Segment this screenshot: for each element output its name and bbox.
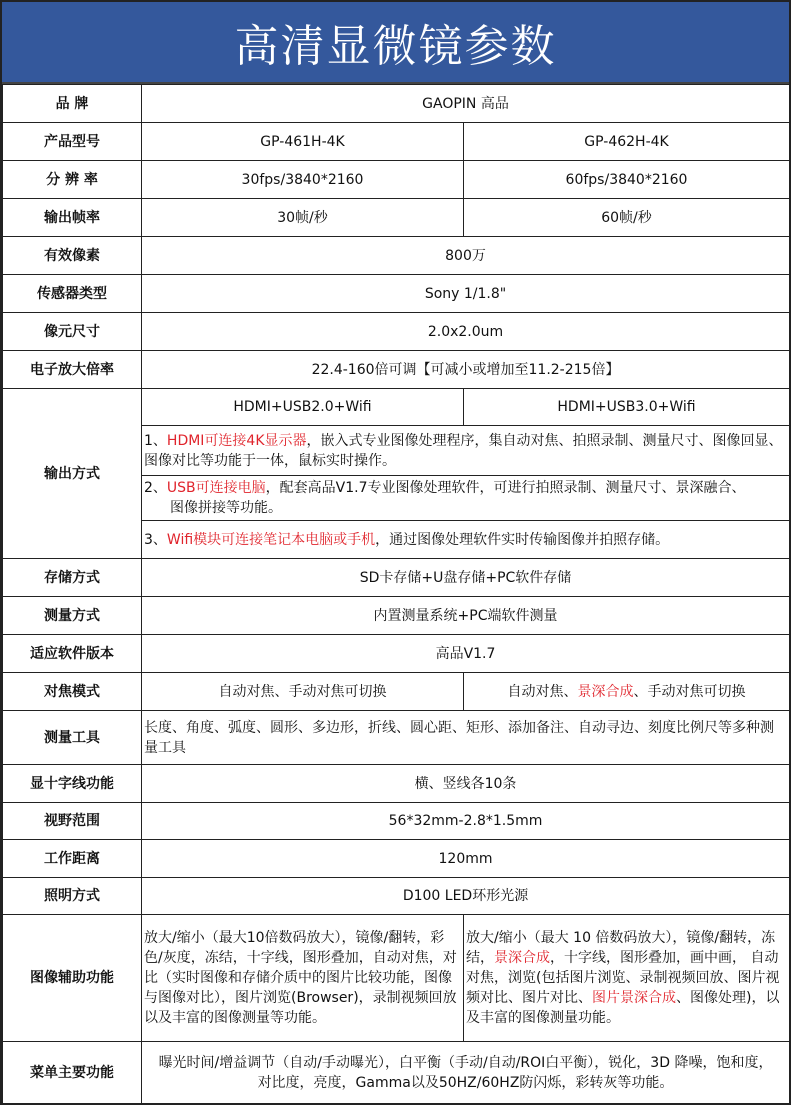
highlight-text: 景深合成 <box>578 684 634 700</box>
row-tools: 测量工具 长度、角度、弧度、圆形、多边形，折线、圆心距、矩形、添加备注、自动寻边… <box>3 711 790 765</box>
value-menu: 曝光时间/增益调节（自动/手动曝光），白平衡（手动/自动/ROI白平衡），锐化，… <box>142 1042 790 1104</box>
label-brand: 品 牌 <box>3 85 142 123</box>
label-sensor: 传感器类型 <box>3 275 142 313</box>
label-resolution: 分 辨 率 <box>3 161 142 199</box>
row-distance: 工作距离 120mm <box>3 840 790 878</box>
label-fov: 视野范围 <box>3 803 142 840</box>
value-frame-rate-461: 30帧/秒 <box>142 199 464 237</box>
value-sensor: Sony 1/1.8" <box>142 275 790 313</box>
output-note-3: 3、Wifi模块可连接笔记本电脑或手机，通过图像处理软件实时传输图像并拍照存储。 <box>142 521 790 559</box>
value-model-461: GP-461H-4K <box>142 123 464 161</box>
value-tools: 长度、角度、弧度、圆形、多边形，折线、圆心距、矩形、添加备注、自动寻边、刻度比例… <box>142 711 790 765</box>
label-crosshair: 显十字线功能 <box>3 765 142 803</box>
page-title: 高清显微镜参数 <box>235 10 557 74</box>
label-model: 产品型号 <box>3 123 142 161</box>
spec-table: 品 牌 GAOPIN 高品 产品型号 GP-461H-4K GP-462H-4K… <box>2 84 790 1104</box>
row-crosshair: 显十字线功能 横、竖线各10条 <box>3 765 790 803</box>
highlight-text: HDMI可连接4K显示器 <box>167 433 307 449</box>
value-storage: SD卡存储+U盘存储+PC软件存储 <box>142 559 790 597</box>
row-pixel-size: 像元尺寸 2.0x2.0um <box>3 313 790 351</box>
label-pixels: 有效像素 <box>3 237 142 275</box>
highlight-text: 图片景深合成 <box>592 990 676 1006</box>
row-pixels: 有效像素 800万 <box>3 237 790 275</box>
row-storage: 存储方式 SD卡存储+U盘存储+PC软件存储 <box>3 559 790 597</box>
row-output-interfaces: 输出方式 HDMI+USB2.0+Wifi HDMI+USB3.0+Wifi <box>3 389 790 426</box>
value-brand: GAOPIN 高品 <box>142 85 790 123</box>
row-aux: 图像辅助功能 放大/缩小（最大10倍数码放大），镜像/翻转，彩色/灰度，冻结，十… <box>3 915 790 1042</box>
title-banner: 高清显微镜参数 <box>2 0 789 84</box>
label-measure-mode: 测量方式 <box>3 597 142 635</box>
label-output: 输出方式 <box>3 389 142 559</box>
label-menu: 菜单主要功能 <box>3 1042 142 1104</box>
label-software: 适应软件版本 <box>3 635 142 673</box>
value-fov: 56*32mm-2.8*1.5mm <box>142 803 790 840</box>
label-aux: 图像辅助功能 <box>3 915 142 1042</box>
label-focus: 对焦模式 <box>3 673 142 711</box>
row-brand: 品 牌 GAOPIN 高品 <box>3 85 790 123</box>
label-lighting: 照明方式 <box>3 878 142 915</box>
row-resolution: 分 辨 率 30fps/3840*2160 60fps/3840*2160 <box>3 161 790 199</box>
row-zoom: 电子放大倍率 22.4-160倍可调【可减小或增加至11.2-215倍】 <box>3 351 790 389</box>
row-lighting: 照明方式 D100 LED环形光源 <box>3 878 790 915</box>
label-frame-rate: 输出帧率 <box>3 199 142 237</box>
value-resolution-461: 30fps/3840*2160 <box>142 161 464 199</box>
highlight-text: 景深合成 <box>494 950 550 966</box>
value-output-462: HDMI+USB3.0+Wifi <box>464 389 790 426</box>
value-lighting: D100 LED环形光源 <box>142 878 790 915</box>
value-pixels: 800万 <box>142 237 790 275</box>
row-menu: 菜单主要功能 曝光时间/增益调节（自动/手动曝光），白平衡（手动/自动/ROI白… <box>3 1042 790 1104</box>
label-distance: 工作距离 <box>3 840 142 878</box>
value-zoom: 22.4-160倍可调【可减小或增加至11.2-215倍】 <box>142 351 790 389</box>
row-measure-mode: 测量方式 内置测量系统+PC端软件测量 <box>3 597 790 635</box>
value-resolution-462: 60fps/3840*2160 <box>464 161 790 199</box>
value-aux-462: 放大/缩小（最大 10 倍数码放大），镜像/翻转，冻结，景深合成，十字线，图形叠… <box>464 915 790 1042</box>
label-pixel-size: 像元尺寸 <box>3 313 142 351</box>
row-software: 适应软件版本 高品V1.7 <box>3 635 790 673</box>
row-model: 产品型号 GP-461H-4K GP-462H-4K <box>3 123 790 161</box>
value-crosshair: 横、竖线各10条 <box>142 765 790 803</box>
value-measure-mode: 内置测量系统+PC端软件测量 <box>142 597 790 635</box>
label-tools: 测量工具 <box>3 711 142 765</box>
row-sensor: 传感器类型 Sony 1/1.8" <box>3 275 790 313</box>
value-output-461: HDMI+USB2.0+Wifi <box>142 389 464 426</box>
value-distance: 120mm <box>142 840 790 878</box>
output-note-1: 1、HDMI可连接4K显示器，嵌入式专业图像处理程序，集自动对焦、拍照录制、测量… <box>142 426 790 476</box>
row-frame-rate: 输出帧率 30帧/秒 60帧/秒 <box>3 199 790 237</box>
spec-sheet: 高清显微镜参数 品 牌 GAOPIN 高品 产品型号 GP-461H-4K GP… <box>0 0 791 1105</box>
value-frame-rate-462: 60帧/秒 <box>464 199 790 237</box>
value-focus-462: 自动对焦、景深合成、手动对焦可切换 <box>464 673 790 711</box>
output-note-2: 2、USB可连接电脑，配套高品V1.7专业图像处理软件，可进行拍照录制、测量尺寸… <box>142 476 790 521</box>
value-pixel-size: 2.0x2.0um <box>142 313 790 351</box>
value-software: 高品V1.7 <box>142 635 790 673</box>
highlight-text: USB可连接电脑 <box>167 480 266 496</box>
value-aux-461: 放大/缩小（最大10倍数码放大），镜像/翻转，彩色/灰度，冻结，十字线，图形叠加… <box>142 915 464 1042</box>
row-fov: 视野范围 56*32mm-2.8*1.5mm <box>3 803 790 840</box>
label-zoom: 电子放大倍率 <box>3 351 142 389</box>
highlight-text: Wifi模块可连接笔记本电脑或手机 <box>167 532 375 548</box>
value-focus-461: 自动对焦、手动对焦可切换 <box>142 673 464 711</box>
value-model-462: GP-462H-4K <box>464 123 790 161</box>
label-storage: 存储方式 <box>3 559 142 597</box>
row-focus: 对焦模式 自动对焦、手动对焦可切换 自动对焦、景深合成、手动对焦可切换 <box>3 673 790 711</box>
